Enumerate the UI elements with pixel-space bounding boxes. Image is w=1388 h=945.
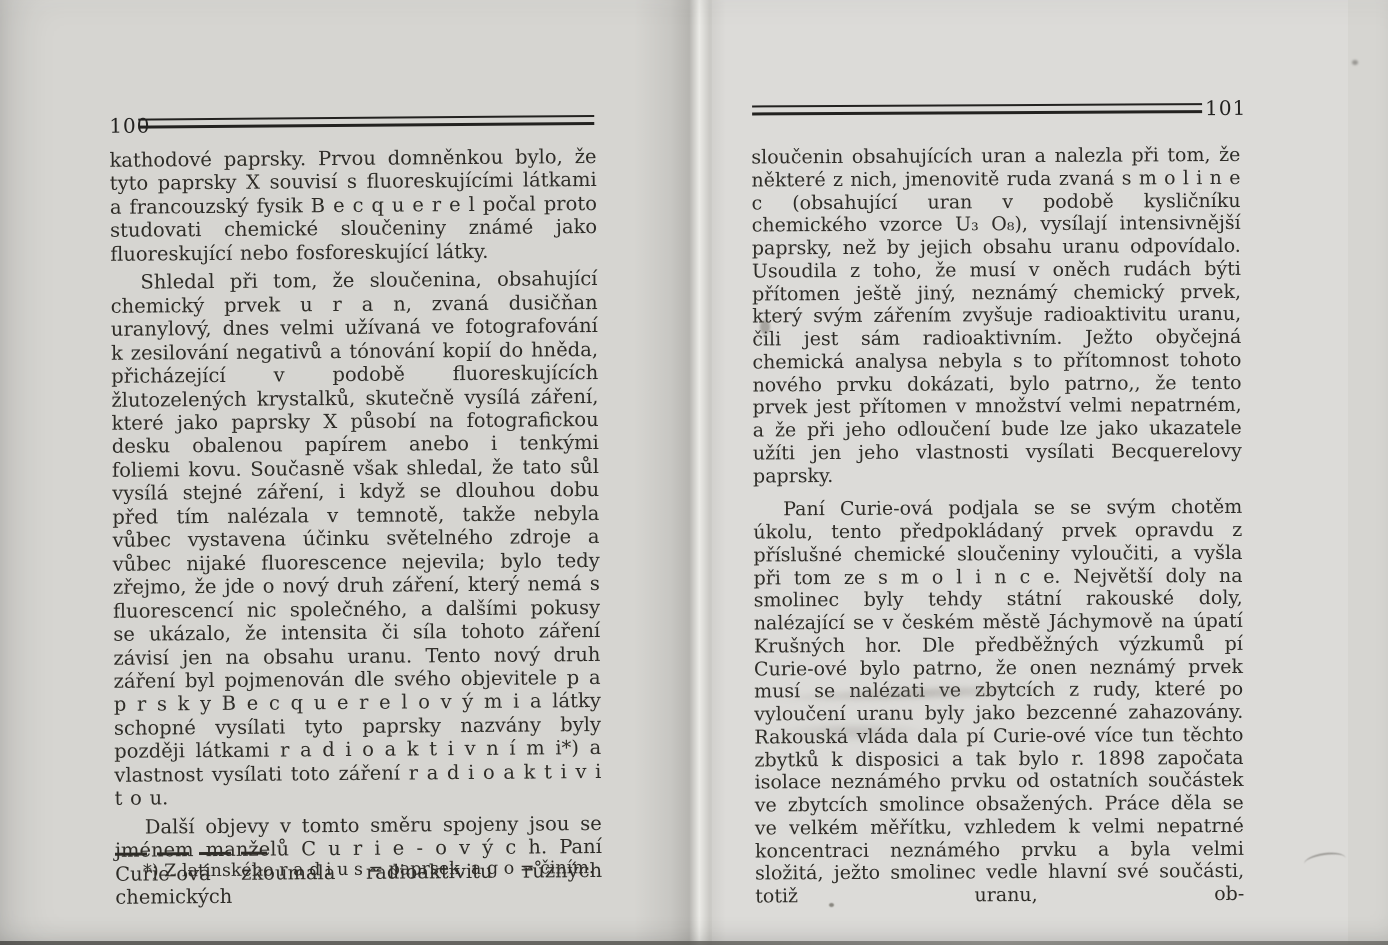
book-scan: 100 kathodové paprsky. Prvou domněnkou b… — [0, 0, 1388, 945]
page-edge-shadow — [1342, 0, 1388, 945]
header-rule-right — [752, 103, 1202, 115]
paragraph: kathodové paprsky. Prvou domněnkou bylo,… — [109, 145, 597, 266]
header-rule-left — [138, 115, 594, 129]
paragraph: Shledal při tom, že sloučenina, obsahují… — [110, 267, 601, 810]
footnote: *) Z latinského r a d i u s = paprsek, a… — [115, 857, 607, 883]
text-block-left: kathodové paprsky. Prvou domněnkou bylo,… — [109, 145, 602, 914]
page-number-right: 101 — [1205, 96, 1246, 120]
page-right: 101 sloučenin obsahujících uran a nalezl… — [698, 0, 1363, 945]
paragraph: sloučenin obsahujících uran a nalezla př… — [751, 144, 1242, 488]
page-left: 100 kathodové paprsky. Prvou domněnkou b… — [0, 0, 684, 945]
paragraph: Paní Curie-ová podjala se se svým chotěm… — [753, 496, 1244, 908]
bottom-edge-shadow — [0, 941, 1388, 945]
text-block-right: sloučenin obsahujících uran a nalezla př… — [751, 144, 1244, 919]
